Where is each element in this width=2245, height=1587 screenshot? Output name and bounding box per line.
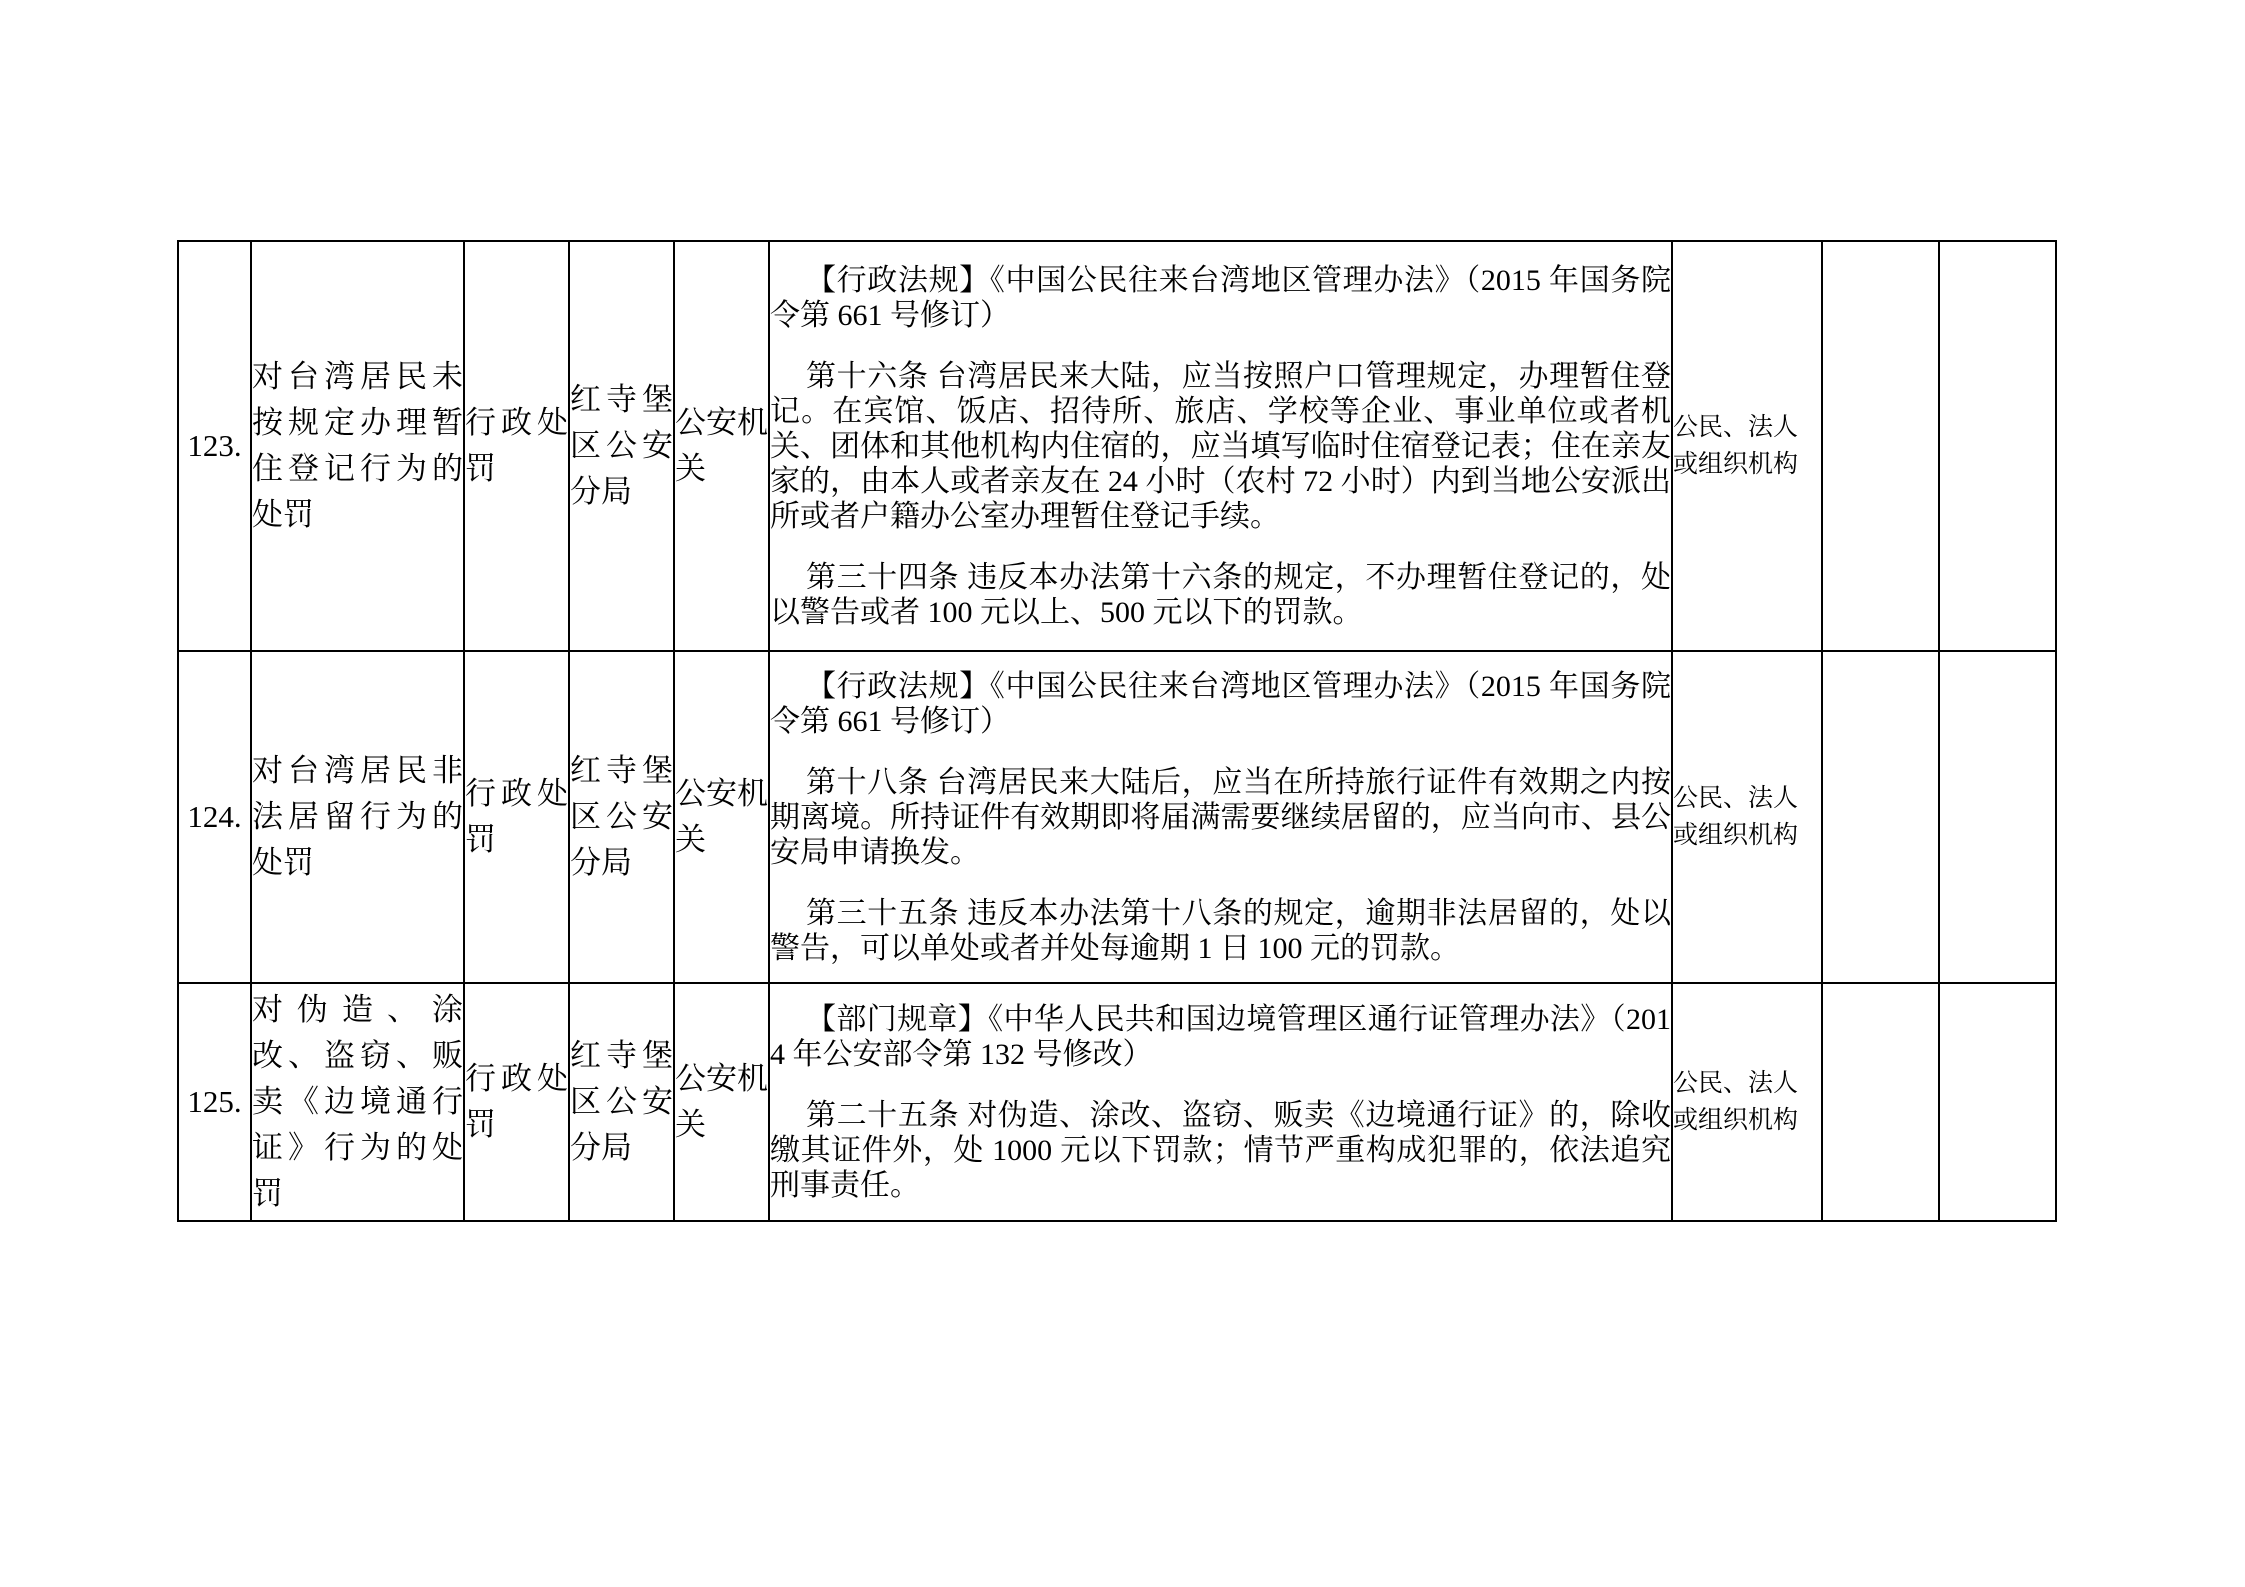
table-row: 123. 对台湾居民未按规定办理暂住登记行为的处罚 行政处罚 红寺堡区公安分局 …	[178, 241, 2056, 651]
penalty-type-cell: 行政处罚	[464, 651, 569, 983]
empty-cell	[1939, 241, 2056, 651]
legal-basis-cell: 【部门规章】《中华人民共和国边境管理区通行证管理办法》（2014 年公安部令第 …	[769, 983, 1672, 1221]
organ-category-cell: 公安机关	[674, 241, 769, 651]
penalty-target-cell: 公民、法人或组织机构	[1672, 651, 1822, 983]
empty-cell	[1939, 651, 2056, 983]
penalty-item-name-cell: 对台湾居民未按规定办理暂住登记行为的处罚	[251, 241, 464, 651]
legal-basis-paragraph: 第三十四条 违反本办法第十六条的规定，不办理暂住登记的，处以警告或者 100 元…	[770, 560, 1671, 630]
document-page: 123. 对台湾居民未按规定办理暂住登记行为的处罚 行政处罚 红寺堡区公安分局 …	[0, 0, 2245, 1587]
empty-cell	[1939, 983, 2056, 1221]
organ-category-cell: 公安机关	[674, 983, 769, 1221]
empty-cell	[1822, 983, 1939, 1221]
legal-basis-paragraph: 【行政法规】《中国公民往来台湾地区管理办法》（2015 年国务院令第 661 号…	[770, 263, 1671, 333]
legal-basis-paragraph: 【行政法规】《中国公民往来台湾地区管理办法》（2015 年国务院令第 661 号…	[770, 669, 1671, 739]
table-row: 125. 对伪造、涂改、盗窃、贩卖《边境通行证》行为的处罚 行政处罚 红寺堡区公…	[178, 983, 2056, 1221]
penalty-target-cell: 公民、法人或组织机构	[1672, 983, 1822, 1221]
penalty-items-table: 123. 对台湾居民未按规定办理暂住登记行为的处罚 行政处罚 红寺堡区公安分局 …	[177, 240, 2057, 1222]
row-number-cell: 125.	[178, 983, 251, 1221]
penalty-type-cell: 行政处罚	[464, 241, 569, 651]
organ-category-cell: 公安机关	[674, 651, 769, 983]
legal-basis-paragraph: 【部门规章】《中华人民共和国边境管理区通行证管理办法》（2014 年公安部令第 …	[770, 1002, 1671, 1072]
empty-cell	[1822, 241, 1939, 651]
legal-basis-paragraph: 第十八条 台湾居民来大陆后，应当在所持旅行证件有效期之内按期离境。所持证件有效期…	[770, 765, 1671, 870]
legal-basis-cell: 【行政法规】《中国公民往来台湾地区管理办法》（2015 年国务院令第 661 号…	[769, 651, 1672, 983]
table-row: 124. 对台湾居民非法居留行为的处罚 行政处罚 红寺堡区公安分局 公安机关 【…	[178, 651, 2056, 983]
row-number-cell: 123.	[178, 241, 251, 651]
penalty-type-cell: 行政处罚	[464, 983, 569, 1221]
implementing-agency-cell: 红寺堡区公安分局	[569, 241, 674, 651]
empty-cell	[1822, 651, 1939, 983]
legal-basis-paragraph: 第二十五条 对伪造、涂改、盗窃、贩卖《边境通行证》的，除收缴其证件外，处 100…	[770, 1098, 1671, 1203]
implementing-agency-cell: 红寺堡区公安分局	[569, 983, 674, 1221]
row-number-cell: 124.	[178, 651, 251, 983]
penalty-item-name-cell: 对伪造、涂改、盗窃、贩卖《边境通行证》行为的处罚	[251, 983, 464, 1221]
implementing-agency-cell: 红寺堡区公安分局	[569, 651, 674, 983]
penalty-target-cell: 公民、法人或组织机构	[1672, 241, 1822, 651]
legal-basis-paragraph: 第三十五条 违反本办法第十八条的规定，逾期非法居留的，处以警告，可以单处或者并处…	[770, 896, 1671, 966]
legal-basis-paragraph: 第十六条 台湾居民来大陆，应当按照户口管理规定，办理暂住登记。在宾馆、饭店、招待…	[770, 359, 1671, 534]
penalty-item-name-cell: 对台湾居民非法居留行为的处罚	[251, 651, 464, 983]
legal-basis-cell: 【行政法规】《中国公民往来台湾地区管理办法》（2015 年国务院令第 661 号…	[769, 241, 1672, 651]
